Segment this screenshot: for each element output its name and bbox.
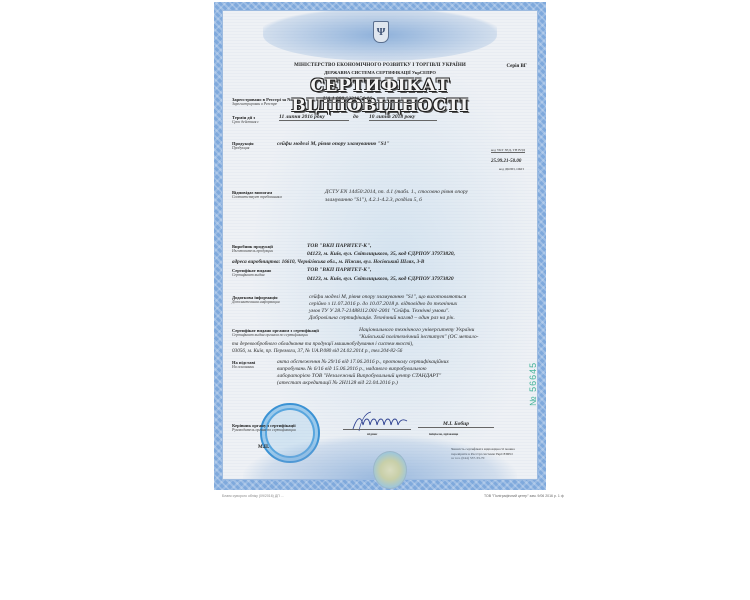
requirements-block: Відповідає вимогам Соответствует требова…: [232, 190, 282, 199]
signature-line: [343, 429, 411, 430]
certificate-document: Ψ МІНІСТЕРСТВО ЕКОНОМІЧНОГО РОЗВИТКУ І Т…: [214, 2, 546, 490]
issuer-line-4: 03056, м. Київ, пр. Перемоги, 37, № UA.P…: [232, 348, 402, 354]
additional-info-sublabel: Дополнительная информация: [232, 300, 280, 304]
manufacturer-address: 04123, м. Київ, вул. Світлицького, 35, к…: [307, 251, 455, 257]
basis-block: На підставі На основании: [232, 360, 255, 369]
product-code-caption-bottom: код ДКПП, ОКП: [499, 167, 524, 171]
product-sublabel: Продукция: [232, 146, 254, 150]
manufacturer-sublabel: Изготовитель продукции: [232, 249, 273, 253]
registration-number: UA 1.080.0031054-16: [323, 96, 427, 103]
issuer-line-2: "Київський політехнічний інститут" (ОС м…: [359, 334, 478, 340]
requirements-line-2: зламуванню "S1"), 4.2.1-4.2.3, розділи 5…: [325, 197, 422, 203]
manufacturer-name: ТОВ "ВКП ПАРИТЕТ-К",: [307, 243, 371, 249]
issued-to-sublabel: Сертификат выдан: [232, 273, 271, 277]
additional-info-line-1: сейфи моделі М, рівня опору зламуванню "…: [309, 294, 466, 300]
footer-right-note: ТОВ "Поліграфічний центр" зам. 9/06 2016…: [484, 494, 564, 498]
basis-line-3: лабораторією ТОВ "Незалежний Випробуваль…: [277, 373, 441, 379]
product-value: сейфи моделі М, рівня опору зламуванню "…: [277, 141, 390, 147]
product-code-caption-top: код УКТ ЗЕД, ТН ВЭД: [491, 148, 525, 153]
issuer-line-3: та деревообробного обладнання та продукц…: [232, 341, 413, 347]
signatory-name: М.І. Бобир: [418, 421, 494, 428]
requirements-line-1: ДСТУ EN 14450:2014, пп. 4.1 (табл. 1., с…: [325, 189, 468, 195]
issued-to-address: 04123, м. Київ, вул. Світлицького, 35, к…: [307, 276, 454, 282]
issuer-block: Сертифікат видано органом з сертифікації…: [232, 328, 319, 337]
manufacturer-production-address: адреса виробництва: 16610, Чернігівська …: [232, 259, 424, 265]
validity-to: 10 липня 2018 року: [369, 114, 437, 121]
validity-block: Термін дії з Срок действия с: [232, 115, 259, 124]
hologram-seal-icon: [373, 451, 407, 489]
issued-to-name: ТОВ "ВКП ПАРИТЕТ-К",: [307, 267, 371, 273]
additional-info-line-3: умов ТУ У 28.7-21488112.001-2001 "Сейфи.…: [309, 308, 450, 314]
basis-line-1: акта обстеження № 29/16 від 17.06.2016 р…: [277, 359, 449, 365]
validity-sublabel: Срок действия с: [232, 120, 259, 124]
additional-info-line-4: Добровільна сертифікація. Технічний нагл…: [309, 315, 455, 321]
footer-left-note: Бланк суворого обліку (09/2016) ДП ...: [222, 494, 284, 498]
ministry-heading: МІНІСТЕРСТВО ЕКОНОМІЧНОГО РОЗВИТКУ І ТОР…: [223, 63, 537, 68]
series-label: Серія ВГ: [506, 64, 527, 69]
issuer-line-1: Національного технічного університету Ук…: [359, 327, 474, 333]
registration-sublabel: Зарегистрирован в Реестре: [232, 102, 292, 106]
validity-from: 11 липня 2016 року: [279, 114, 349, 121]
additional-info-block: Додаткова інформація Дополнительная инфо…: [232, 295, 280, 304]
serial-number: № 56645: [528, 362, 538, 406]
additional-info-line-2: серійно з 11.07.2016 р. до 10.07.2018 р.…: [309, 301, 457, 307]
basis-sublabel: На основании: [232, 365, 255, 369]
registration-block: Зареєстровано в Реєстрі за № Зарегистрир…: [232, 97, 292, 106]
signature-sublabel: Руководитель органа по сертификации: [232, 428, 296, 432]
manufacturer-block: Виробник продукції Изготовитель продукци…: [232, 244, 273, 253]
issued-to-block: Сертифікат видано Сертификат выдан: [232, 268, 271, 277]
certificate-body: Ψ МІНІСТЕРСТВО ЕКОНОМІЧНОГО РОЗВИТКУ І Т…: [222, 10, 538, 480]
issuer-sublabel: Сертификат выдан органом по сертификации: [232, 333, 319, 337]
signature-block: Керівник органу з сертифікації Руководит…: [232, 423, 296, 432]
basis-line-2: випробувань № 6/16 від 15.06.2016 р., на…: [277, 366, 427, 372]
system-heading: ДЕРЖАВНА СИСТЕМА СЕРТИФІКАЦІЇ УкрСЕПРО: [223, 70, 537, 75]
basis-line-4: (атестат акредитації № 2Н1128 від 22.04.…: [277, 380, 398, 386]
coat-of-arms-icon: Ψ: [373, 21, 389, 43]
requirements-sublabel: Соответствует требованиям: [232, 195, 282, 199]
product-block: Продукція Продукция: [232, 141, 254, 150]
validity-to-word: до: [353, 114, 358, 120]
product-code: 25.99.21-50.00: [491, 159, 521, 164]
